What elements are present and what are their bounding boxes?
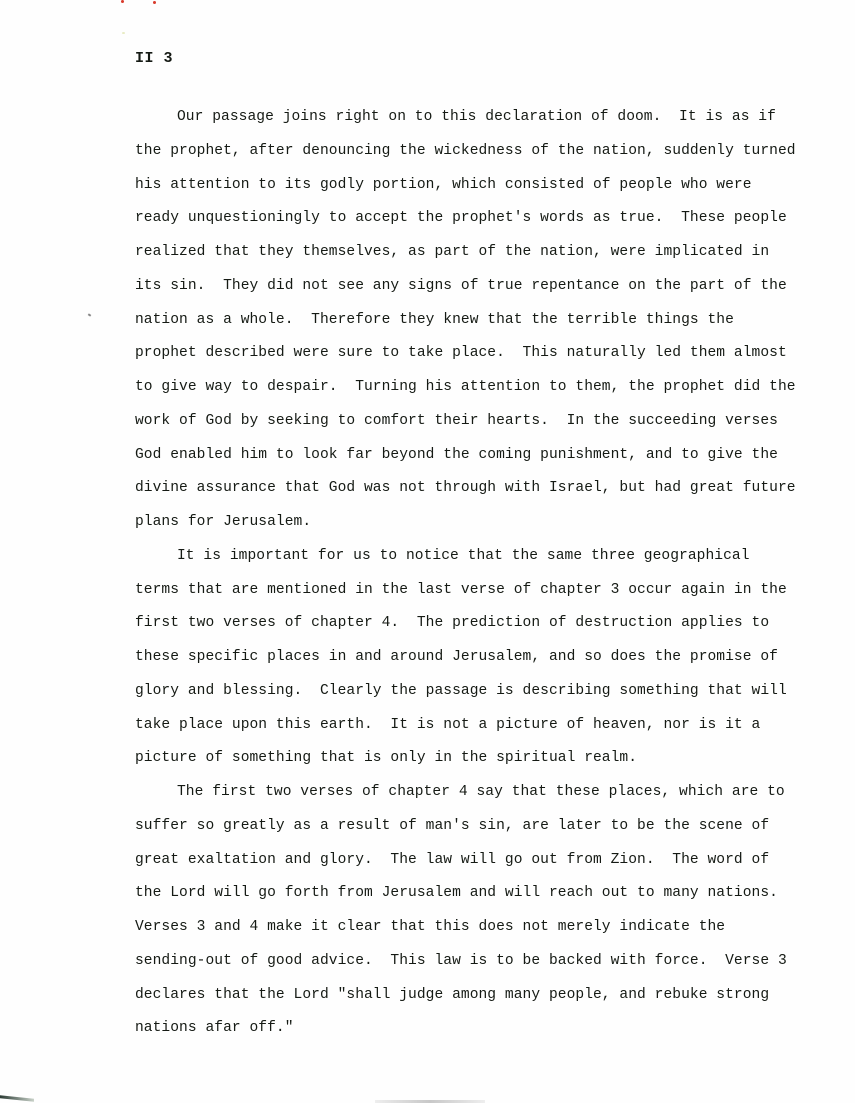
text-line: the prophet, after denouncing the wicked… [135, 135, 775, 169]
text-line: Verses 3 and 4 make it clear that this d… [135, 911, 775, 945]
text-line: glory and blessing. Clearly the passage … [135, 675, 775, 709]
text-line: plans for Jerusalem. [135, 506, 775, 540]
text-line: nations afar off." [135, 1012, 775, 1046]
text-line: declares that the Lord "shall judge amon… [135, 979, 775, 1013]
text-line: sending-out of good advice. This law is … [135, 945, 775, 979]
text-line: Our passage joins right on to this decla… [135, 101, 775, 135]
text-line: his attention to its godly portion, whic… [135, 169, 775, 203]
document-page: II 3 Our passage joins right on to this … [0, 0, 855, 1103]
text-line: It is important for us to notice that th… [135, 540, 775, 574]
scan-speck [88, 313, 92, 316]
text-line: work of God by seeking to comfort their … [135, 405, 775, 439]
text-line: first two verses of chapter 4. The predi… [135, 607, 775, 641]
text-line: realized that they themselves, as part o… [135, 236, 775, 270]
paragraph-3: The first two verses of chapter 4 say th… [135, 776, 775, 1046]
text-line: terms that are mentioned in the last ver… [135, 574, 775, 608]
text-line: great exaltation and glory. The law will… [135, 844, 775, 878]
text-line: the Lord will go forth from Jerusalem an… [135, 877, 775, 911]
text-line: The first two verses of chapter 4 say th… [135, 776, 775, 810]
text-line: ready unquestioningly to accept the prop… [135, 202, 775, 236]
text-line: suffer so greatly as a result of man's s… [135, 810, 775, 844]
text-line: picture of something that is only in the… [135, 742, 775, 776]
text-line: prophet described were sure to take plac… [135, 337, 775, 371]
text-line: divine assurance that God was not throug… [135, 472, 775, 506]
text-line: these specific places in and around Jeru… [135, 641, 775, 675]
text-line: God enabled him to look far beyond the c… [135, 439, 775, 473]
text-line: to give way to despair. Turning his atte… [135, 371, 775, 405]
red-ink-mark [121, 0, 124, 3]
paragraph-2: It is important for us to notice that th… [135, 540, 775, 776]
text-line: take place upon this earth. It is not a … [135, 709, 775, 743]
paragraph-1: Our passage joins right on to this decla… [135, 101, 775, 540]
body-text: Our passage joins right on to this decla… [135, 101, 775, 1046]
page-number: II 3 [135, 50, 173, 67]
red-ink-mark [153, 1, 156, 4]
scan-edge-shadow [0, 1095, 34, 1102]
scan-speck [122, 32, 125, 34]
text-line: nation as a whole. Therefore they knew t… [135, 304, 775, 338]
text-line: its sin. They did not see any signs of t… [135, 270, 775, 304]
